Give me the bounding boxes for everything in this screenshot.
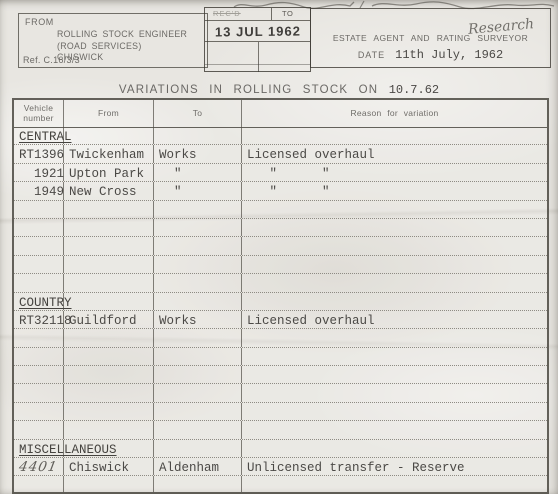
table-row: [14, 219, 547, 237]
cell-text: 4401: [18, 461, 59, 474]
reason-cell: Unlicensed transfer - Reserve: [242, 458, 547, 475]
from-cell: Chiswick: [64, 458, 154, 475]
from-cell: [64, 201, 154, 218]
reason-cell: [242, 274, 547, 291]
cell-text: ": [159, 185, 182, 199]
cell-text: Chiswick: [69, 461, 129, 475]
from-cell: [64, 476, 154, 492]
reason-cell: " ": [242, 164, 547, 181]
from-cell: [64, 403, 154, 420]
vehicle-cell: MISCELLANEOUS: [14, 440, 64, 457]
table-row: 1949New Cross " " ": [14, 182, 547, 200]
table-row: [14, 201, 547, 219]
cell-text: Upton Park: [69, 167, 144, 181]
reason-cell: Licensed overhaul: [242, 311, 547, 328]
from-cell: [64, 127, 154, 144]
from-label: FROM: [25, 17, 54, 27]
reason-cell: [242, 256, 547, 273]
addressee-office: ESTATE AGENT AND RATING SURVEYOR: [311, 33, 550, 43]
column-header-from: From: [64, 100, 154, 127]
vehicle-cell: [14, 201, 64, 218]
reason-cell: [242, 293, 547, 310]
from-cell: Twickenham: [64, 145, 154, 162]
from-cell: [64, 421, 154, 438]
vehicle-cell: [14, 256, 64, 273]
title-typed-date: 10.7.62: [389, 83, 439, 97]
from-cell: [64, 219, 154, 236]
from-cell: [64, 329, 154, 346]
cell-text: Works: [159, 148, 197, 162]
stamp-grid-hline: [205, 64, 310, 65]
table-row: [14, 274, 547, 292]
table-row: RT32118GuildfordWorksLicensed overhaul: [14, 311, 547, 329]
table-row: CENTRAL: [14, 127, 547, 145]
vehicle-cell: RT1396: [14, 145, 64, 162]
cell-text: 1949: [19, 185, 64, 199]
from-cell: [64, 256, 154, 273]
table-body: CENTRALRT1396TwickenhamWorksLicensed ove…: [14, 127, 547, 492]
to-cell: [154, 293, 242, 310]
column-header-to: To: [154, 100, 242, 127]
stamp-date: 13 JUL 1962: [214, 23, 300, 39]
to-cell: ": [154, 182, 242, 199]
vehicle-cell: [14, 476, 64, 492]
reason-cell: [242, 403, 547, 420]
table-row: [14, 366, 547, 384]
reason-cell: [242, 237, 547, 254]
table-row: [14, 329, 547, 347]
reason-cell: [242, 421, 547, 438]
vehicle-cell: 1949: [14, 182, 64, 199]
vehicle-cell: [14, 329, 64, 346]
table-row: [14, 237, 547, 255]
reason-cell: [242, 348, 547, 365]
to-cell: ": [154, 164, 242, 181]
table-row: [14, 476, 547, 492]
cell-text: Twickenham: [69, 148, 144, 162]
vehicle-cell: 4401: [14, 458, 64, 475]
from-cell: [64, 366, 154, 383]
cell-text: New Cross: [69, 185, 137, 199]
stamp-received-label: REC'D: [213, 9, 241, 18]
cell-text: Licensed overhaul: [247, 314, 375, 328]
column-header-reason: Reason for variation: [242, 100, 547, 127]
cell-text: Licensed overhaul: [247, 148, 375, 162]
reason-cell: [242, 329, 547, 346]
cell-text: Unlicensed transfer - Reserve: [247, 461, 465, 475]
to-cell: [154, 256, 242, 273]
document-title: VARIATIONS IN ROLLING STOCK ON 10.7.62: [0, 80, 558, 98]
to-cell: [154, 201, 242, 218]
table-row: 4401ChiswickAldenhamUnlicensed transfer …: [14, 458, 547, 476]
cell-text: Aldenham: [159, 461, 219, 475]
date-value: 11th July, 1962: [395, 48, 503, 62]
table-row: [14, 256, 547, 274]
table-row: COUNTRY: [14, 293, 547, 311]
date-received-stamp: REC'D TO 13 JUL 1962: [204, 7, 311, 72]
from-cell: [64, 348, 154, 365]
vehicle-cell: [14, 237, 64, 254]
reason-cell: [242, 366, 547, 383]
to-cell: [154, 127, 242, 144]
reason-cell: [242, 127, 547, 144]
to-cell: [154, 476, 242, 492]
cell-text: COUNTRY: [19, 296, 72, 310]
to-cell: [154, 384, 242, 401]
from-box: FROM ROLLING STOCK ENGINEER (ROAD SERVIC…: [18, 13, 208, 68]
cell-text: ": [159, 167, 182, 181]
org-line: ROLLING STOCK ENGINEER: [57, 29, 187, 41]
from-cell: [64, 384, 154, 401]
to-cell: Works: [154, 145, 242, 162]
table-row: RT1396TwickenhamWorksLicensed overhaul: [14, 145, 547, 163]
vehicle-cell: CENTRAL: [14, 127, 64, 144]
vehicle-cell: COUNTRY: [14, 293, 64, 310]
reason-cell: Licensed overhaul: [242, 145, 547, 162]
from-cell: Guildford: [64, 311, 154, 328]
to-cell: [154, 366, 242, 383]
title-printed-part: VARIATIONS IN ROLLING STOCK ON: [119, 84, 378, 96]
vehicle-cell: 1921: [14, 164, 64, 181]
cell-text: CENTRAL: [19, 130, 72, 144]
stamp-grid: [205, 42, 310, 72]
stamp-grid-vline: [258, 42, 259, 72]
column-header-vehicle-number: Vehicle number: [14, 100, 64, 127]
from-cell: [64, 237, 154, 254]
variations-table: Vehicle number From To Reason for variat…: [12, 98, 549, 494]
reason-cell: [242, 219, 547, 236]
vehicle-cell: [14, 348, 64, 365]
from-cell: [64, 274, 154, 291]
table-row: [14, 384, 547, 402]
table-row: [14, 421, 547, 439]
to-cell: [154, 237, 242, 254]
table-header-row: Vehicle number From To Reason for variat…: [14, 100, 547, 128]
to-cell: [154, 329, 242, 346]
scanned-memo-document: FROM ROLLING STOCK ENGINEER (ROAD SERVIC…: [0, 0, 558, 494]
to-cell: [154, 274, 242, 291]
stamp-header-row: REC'D TO: [205, 8, 310, 21]
table-row: [14, 348, 547, 366]
vehicle-cell: RT32118: [14, 311, 64, 328]
from-cell: [64, 293, 154, 310]
reason-cell: [242, 440, 547, 457]
cell-text: " ": [247, 167, 330, 181]
table-row: MISCELLANEOUS: [14, 440, 547, 458]
stamp-to-label: TO: [282, 9, 293, 18]
vehicle-cell: [14, 421, 64, 438]
stamp-date-row: 13 JUL 1962: [205, 21, 310, 42]
from-cell: New Cross: [64, 182, 154, 199]
reason-cell: [242, 201, 547, 218]
to-cell: [154, 348, 242, 365]
from-cell: Upton Park: [64, 164, 154, 181]
to-cell: Aldenham: [154, 458, 242, 475]
to-cell: [154, 219, 242, 236]
stamp-to-cell: TO: [271, 8, 310, 20]
reason-cell: [242, 476, 547, 492]
cell-text: " ": [247, 185, 330, 199]
to-cell: [154, 421, 242, 438]
to-cell: [154, 403, 242, 420]
vehicle-cell: [14, 219, 64, 236]
cell-text: MISCELLANEOUS: [19, 443, 117, 457]
to-cell: [154, 440, 242, 457]
addressee-box: Research ESTATE AGENT AND RATING SURVEYO…: [310, 8, 551, 68]
vehicle-cell: [14, 366, 64, 383]
to-cell: Works: [154, 311, 242, 328]
cell-text: 1921: [19, 167, 64, 181]
reason-cell: [242, 384, 547, 401]
reference-number: Ref. C.16/3/3: [23, 55, 80, 65]
cell-text: Guildford: [69, 314, 137, 328]
vehicle-cell: [14, 403, 64, 420]
vehicle-cell: [14, 384, 64, 401]
org-line: (ROAD SERVICES): [57, 41, 187, 53]
vehicle-cell: [14, 274, 64, 291]
date-line: DATE 11th July, 1962: [311, 48, 550, 62]
cell-text: RT1396: [19, 148, 64, 162]
reason-cell: " ": [242, 182, 547, 199]
table-row: [14, 403, 547, 421]
cell-text: Works: [159, 314, 197, 328]
table-row: 1921Upton Park " " ": [14, 164, 547, 182]
date-label: DATE: [358, 50, 385, 60]
